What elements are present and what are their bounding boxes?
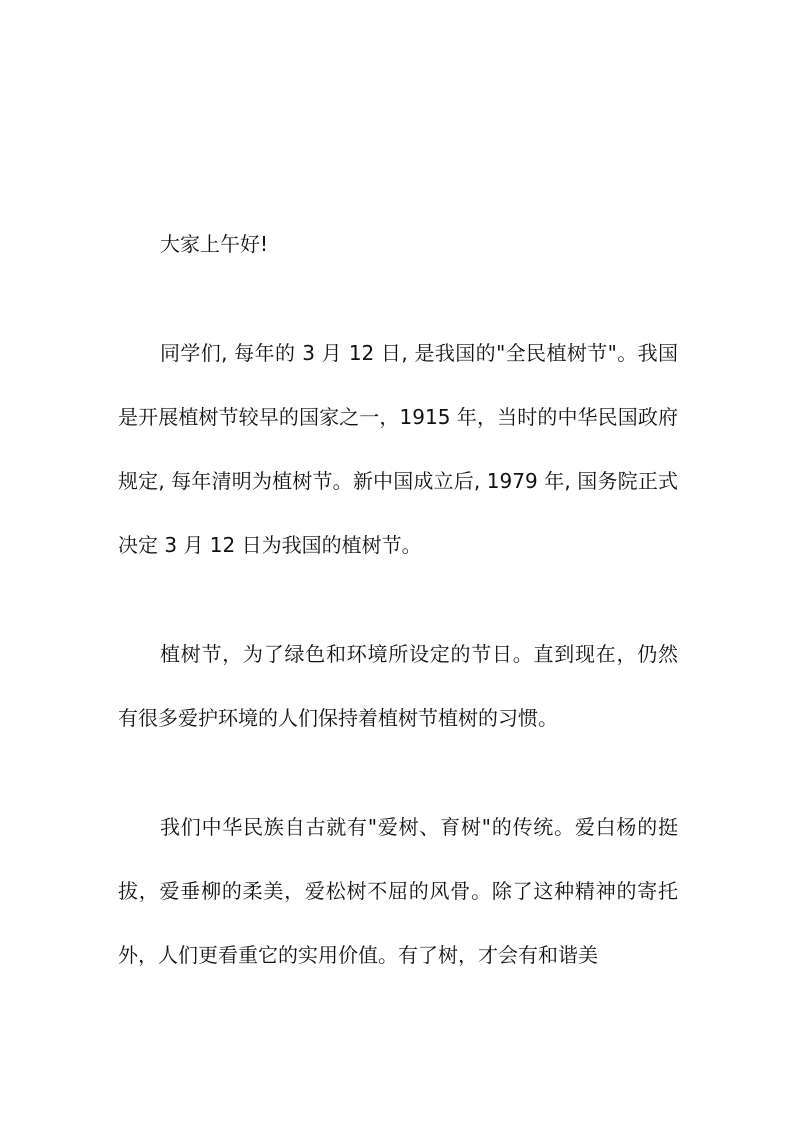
paragraph-arbor-day-history: 同学们, 每年的 3 月 12 日, 是我国的"全民植树节"。我国是开展植树节较…: [118, 321, 678, 577]
greeting-paragraph: 大家上午好!: [118, 212, 678, 276]
document-page: 大家上午好! 同学们, 每年的 3 月 12 日, 是我国的"全民植树节"。我国…: [118, 212, 678, 1032]
paragraph-tree-tradition: 我们中华民族自古就有"爱树、育树"的传统。爱白杨的挺拔，爱垂柳的柔美，爱松树不屈…: [118, 795, 678, 987]
paragraph-arbor-day-purpose: 植树节，为了绿色和环境所设定的节日。直到现在，仍然有很多爱护环境的人们保持着植树…: [118, 622, 678, 750]
